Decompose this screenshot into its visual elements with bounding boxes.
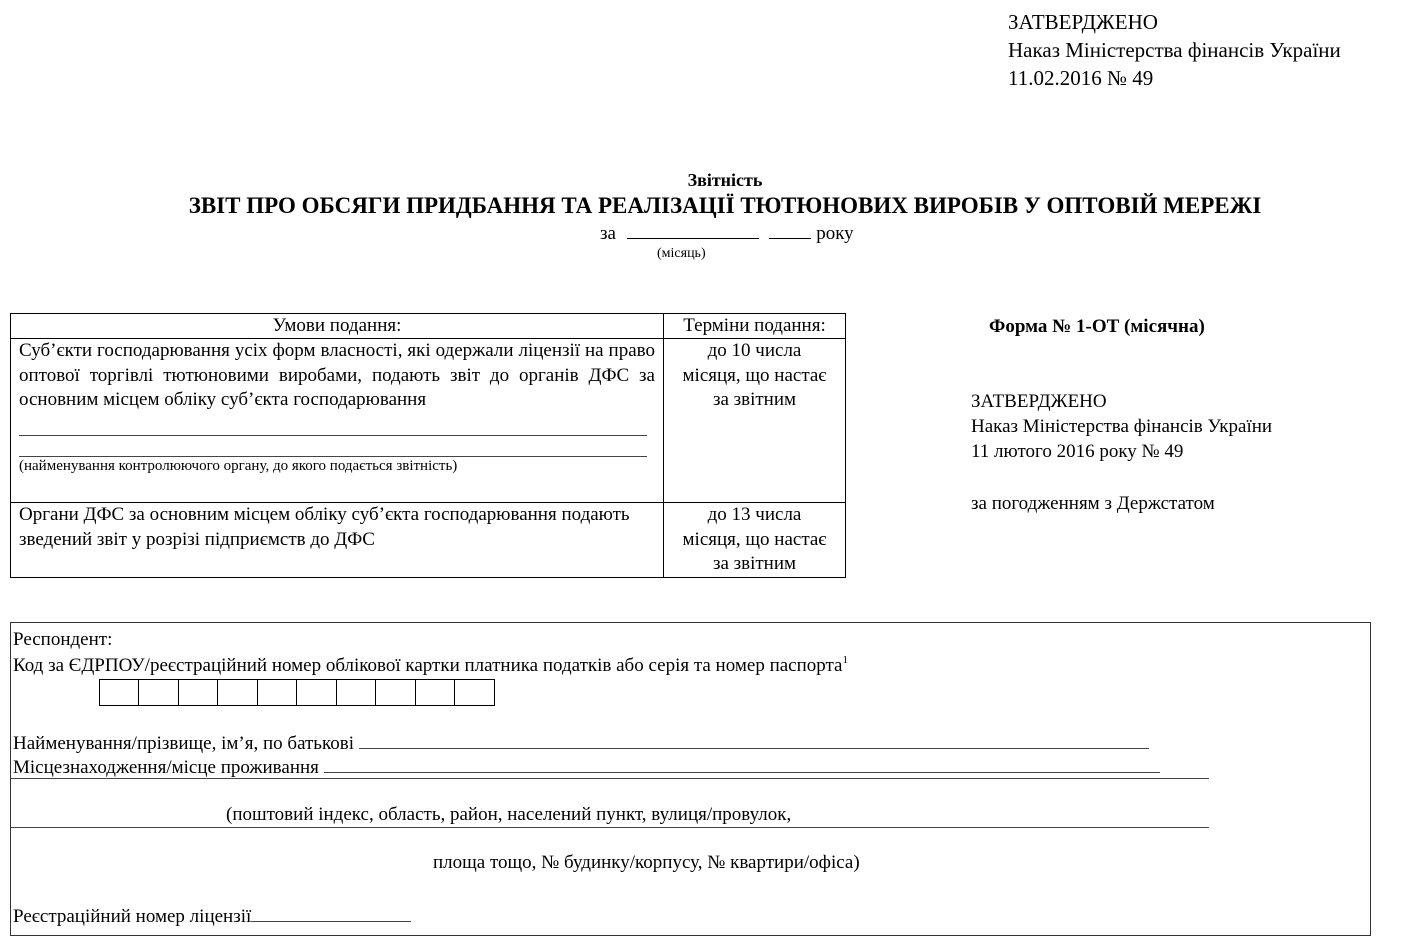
term-cell: до 13 числа місяця, що настає за звітним [664,503,846,578]
submission-conditions-table: Умови подання: Терміни подання: Суб’єкти… [10,313,846,578]
code-label-text: Код за ЄДРПОУ/реєстраційний номер обліко… [13,655,843,676]
location-label: Місцезнаходження/місце проживання [13,757,319,778]
term-text: за звітним [668,552,841,577]
address-hint-2: площа тощо, № будинку/корпусу, № квартир… [433,852,860,874]
period-prefix: за [600,223,616,244]
code-digit-cell[interactable] [454,679,495,706]
condition-text: Органи ДФС за основним місцем обліку суб… [19,503,655,552]
code-digit-cell[interactable] [178,679,219,706]
agreement-note: за погодженням з Держстатом [971,493,1215,515]
code-digit-cell[interactable] [415,679,456,706]
approval-stamp-right: ЗАТВЕРДЖЕНО Наказ Міністерства фінансів … [971,389,1272,464]
address-field-line2[interactable] [11,827,1209,828]
approval-stamp-top: ЗАТВЕРДЖЕНО Наказ Міністерства фінансів … [1008,8,1341,92]
report-period: за року [600,220,854,245]
authority-hint: (найменування контролюючого органу, до я… [19,457,655,475]
table-row: Суб’єкти господарювання усіх форм власно… [11,339,846,503]
license-row: Реєстраційний номер ліцензії [13,903,411,928]
condition-text: Суб’єкти господарювання усіх форм власно… [19,339,655,413]
address-hint-1: (поштовий індекс, область, район, населе… [226,804,791,826]
license-label: Реєстраційний номер ліцензії [13,906,251,927]
condition-cell: Суб’єкти господарювання усіх форм власно… [11,339,664,503]
code-digit-cell[interactable] [138,679,179,706]
approval-date: 11.02.2016 № 49 [1008,64,1341,92]
location-field[interactable] [324,754,1160,773]
respondent-section: Респондент: Код за ЄДРПОУ/реєстраційний … [10,622,1371,936]
code-digit-cell[interactable] [99,679,140,706]
code-input-cells [100,679,495,706]
license-field[interactable] [251,903,411,922]
header-conditions: Умови подання: [11,314,664,339]
condition-cell: Органи ДФС за основним місцем обліку суб… [11,503,664,578]
code-digit-cell[interactable] [257,679,298,706]
term-text: місяця, що настає [668,528,841,553]
name-field[interactable] [359,730,1149,749]
code-digit-cell[interactable] [217,679,258,706]
month-field[interactable] [627,220,759,239]
form-number: Форма № 1-ОТ (місячна) [989,316,1205,338]
respondent-heading: Респондент: [13,629,112,651]
period-suffix: року [816,223,853,244]
term-cell: до 10 числа місяця, що настає за звітним [664,339,846,503]
code-digit-cell[interactable] [336,679,377,706]
code-digit-cell[interactable] [296,679,337,706]
location-row: Місцезнаходження/місце проживання [13,754,1160,779]
approval-date: 11 лютого 2016 року № 49 [971,439,1272,464]
report-kind: Звітність [0,170,1410,191]
name-label: Найменування/прізвище, ім’я, по батькові [13,733,354,754]
approval-order: Наказ Міністерства фінансів України [971,414,1272,439]
table-header-row: Умови подання: Терміни подання: [11,314,846,339]
header-terms: Терміни подання: [664,314,846,339]
report-title: ЗВІТ ПРО ОБСЯГИ ПРИДБАННЯ ТА РЕАЛІЗАЦІЇ … [0,193,1410,219]
approval-label: ЗАТВЕРДЖЕНО [971,389,1272,414]
footnote-marker: 1 [843,654,849,666]
authority-field-line1[interactable] [19,413,647,436]
year-field[interactable] [769,220,811,239]
term-text: до 10 числа [668,339,841,364]
table-row: Органи ДФС за основним місцем обліку суб… [11,503,846,578]
term-text: за звітним [668,388,841,413]
term-text: до 13 числа [668,503,841,528]
code-digit-cell[interactable] [375,679,416,706]
approval-order: Наказ Міністерства фінансів України [1008,36,1341,64]
code-label: Код за ЄДРПОУ/реєстраційний номер обліко… [13,654,848,677]
approval-label: ЗАТВЕРДЖЕНО [1008,8,1341,36]
term-text: місяця, що настає [668,364,841,389]
authority-field-line2[interactable] [19,436,647,457]
address-field-line1[interactable] [11,778,1209,779]
month-hint: (місяць) [657,246,706,262]
name-row: Найменування/прізвище, ім’я, по батькові [13,730,1149,755]
